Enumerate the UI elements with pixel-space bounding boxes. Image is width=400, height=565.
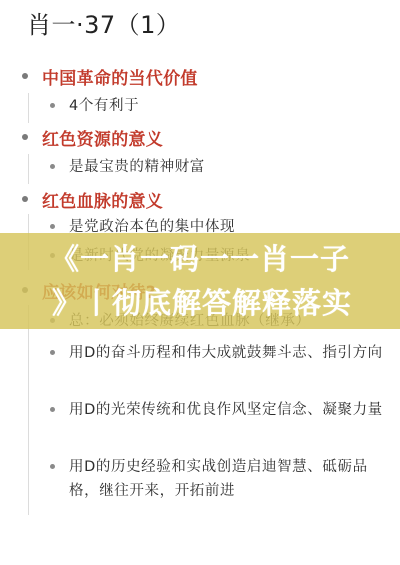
outline-heading: 中国革命的当代价值 — [22, 63, 198, 89]
page-title: 肖一·37（1） — [27, 10, 180, 40]
bullet-icon — [22, 196, 28, 202]
bullet-icon — [50, 103, 55, 108]
watermark-title: 《一肖一码一一肖一子 》丨彻底解答解释落实 — [0, 233, 400, 329]
item-text: 是最宝贵的精神财富 — [69, 155, 205, 179]
outline-heading: 红色血脉的意义 — [22, 186, 163, 212]
indent-guide — [28, 93, 29, 123]
document-page: 肖一·37（1） 中国革命的当代价值 4个有利于 红色资源的意义 是最宝贵的精神… — [0, 0, 400, 565]
bullet-icon — [50, 164, 55, 169]
bullet-icon — [50, 464, 55, 469]
item-text: 用D的历史经验和实战创造启迪智慧、砥砺品格，继往开来，开拓前进 — [69, 455, 385, 503]
item-text: 用D的奋斗历程和伟大成就鼓舞斗志、指引方向 — [69, 341, 383, 365]
list-item: 用D的光荣传统和优良作风坚定信念、凝聚力量 — [50, 398, 385, 422]
indent-guide — [28, 154, 29, 184]
bullet-icon — [22, 134, 28, 140]
watermark-line-2: 》丨彻底解答解释落实 — [0, 281, 400, 325]
list-item: 4个有利于 — [50, 94, 385, 118]
heading-text: 中国革命的当代价值 — [42, 64, 198, 89]
item-text: 用D的光荣传统和优良作风坚定信念、凝聚力量 — [69, 398, 383, 422]
bullet-icon — [50, 407, 55, 412]
watermark-line-1: 《一肖一码一一肖一子 — [0, 237, 400, 281]
list-item: 是最宝贵的精神财富 — [50, 155, 385, 179]
heading-text: 红色血脉的意义 — [42, 187, 163, 212]
bullet-icon — [22, 73, 28, 79]
list-item: 用D的历史经验和实战创造启迪智慧、砥砺品格，继往开来，开拓前进 — [50, 455, 385, 503]
bullet-icon — [50, 224, 55, 229]
list-item: 用D的奋斗历程和伟大成就鼓舞斗志、指引方向 — [50, 341, 385, 365]
item-text: 4个有利于 — [69, 94, 139, 118]
outline-heading: 红色资源的意义 — [22, 124, 163, 150]
bullet-icon — [50, 350, 55, 355]
indent-guide — [28, 305, 29, 515]
heading-text: 红色资源的意义 — [42, 125, 163, 150]
